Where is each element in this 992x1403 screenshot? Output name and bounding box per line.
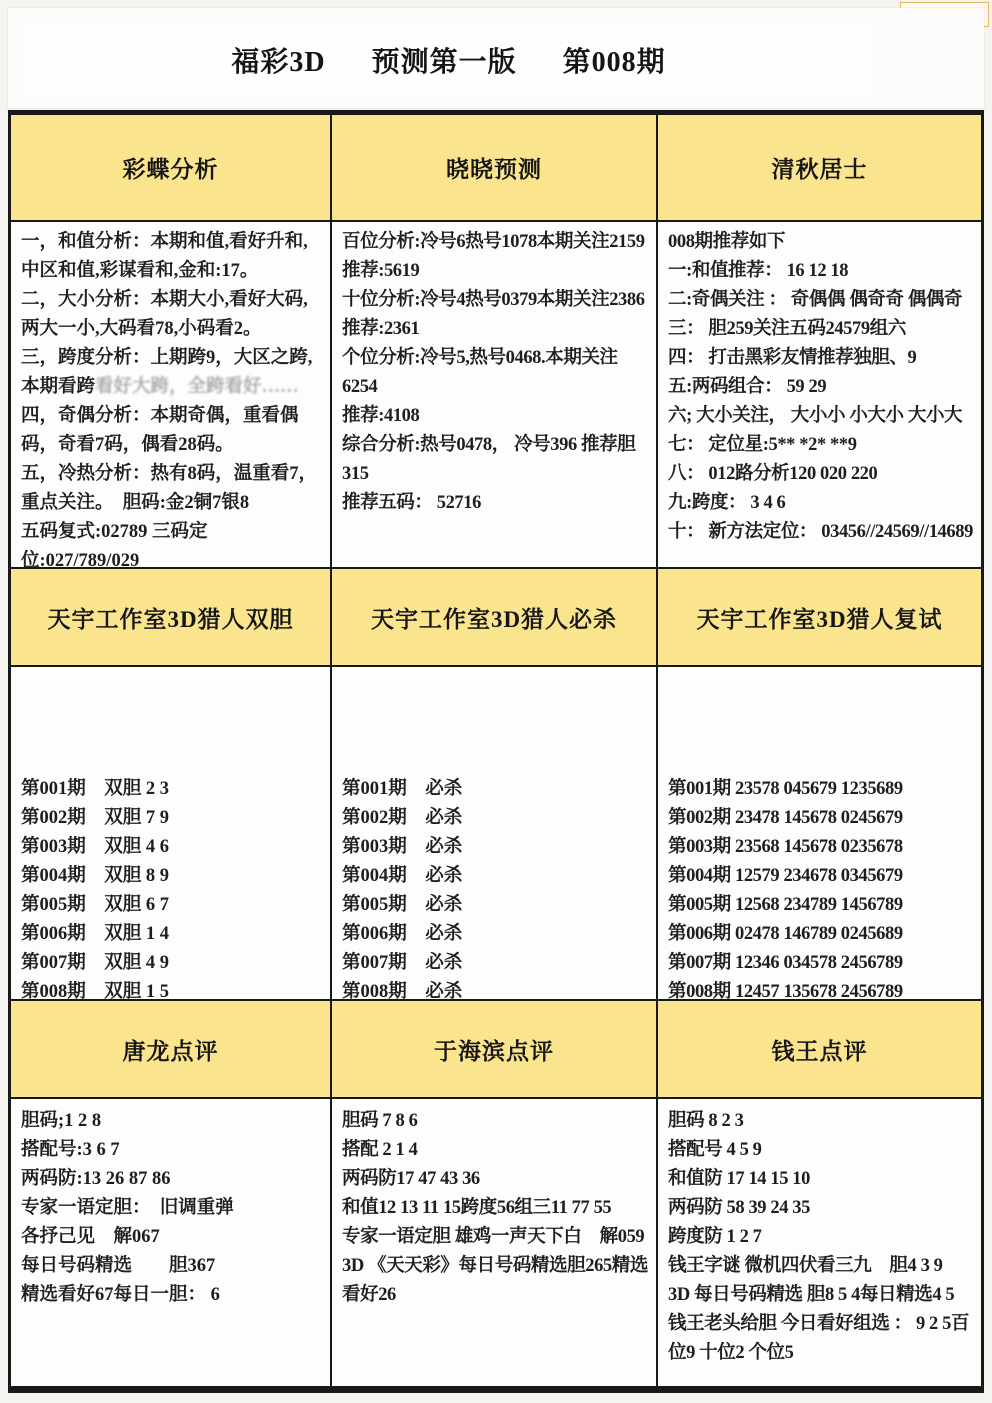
title-band: 福彩3D 预测第一版 第008期 (8, 8, 984, 108)
qianwang-line: 跨度防 1 2 7 (668, 1223, 975, 1252)
qingqiu-line: 七： 定位星:5** *2* **9 (668, 431, 975, 460)
tanglong-line: 两码防:13 26 87 86 (21, 1165, 324, 1194)
title-brand: 福彩3D (231, 40, 325, 80)
qingqiu-line: 九:跨度： 3 4 6 (668, 489, 975, 518)
xiaoxiao-line: 推荐:2361 (342, 315, 650, 344)
yuhaibin-line: 胆码 7 8 6 (342, 1107, 650, 1136)
qianwang-line: 胆码 8 2 3 (668, 1107, 975, 1136)
title-issue: 第008期 (563, 40, 666, 80)
bisha-entry: 第003期 必杀 (342, 833, 650, 862)
panel-yuhaibin: 胆码 7 8 6 搭配 2 1 4 两码防17 47 43 36 和值12 13… (330, 1099, 656, 1386)
xiaoxiao-line: 推荐:5619 (342, 257, 650, 286)
tanglong-line: 每日号码精选 胆367 (21, 1252, 324, 1281)
yuhaibin-line: 3D 《天天彩》每日号码精选胆265精选看好26 (342, 1252, 650, 1310)
content-row-2: 第001期 双胆 2 3 第002期 双胆 7 9 第003期 双胆 4 6 第… (11, 665, 981, 999)
panel-header-bisha: 天宇工作室3D猎人必杀 (330, 569, 656, 665)
panel-caidie: 一，和值分析：本期和值,看好升和,中区和值,彩谋看和,金和:17。 二，大小分析… (11, 222, 330, 567)
bisha-entry: 第007期 必杀 (342, 949, 650, 978)
fushi-entry: 第008期 12457 135678 2456789 (668, 978, 975, 999)
fushi-entry: 第002期 23478 145678 0245679 (668, 804, 975, 833)
panel-header-fushi: 天宇工作室3D猎人复试 (656, 569, 981, 665)
content-row-3: 胆码;1 2 8 搭配号:3 6 7 两码防:13 26 87 86 专家一语定… (11, 1097, 981, 1386)
bisha-entry: 第004期 必杀 (342, 862, 650, 891)
panel-fushi: 第001期 23578 045679 1235689 第002期 23478 1… (656, 667, 981, 999)
tanglong-line: 胆码;1 2 8 (21, 1107, 324, 1136)
shuangdan-entry: 第006期 双胆 1 4 (21, 920, 324, 949)
qianwang-line: 3D 每日号码精选 胆8 5 4每日精选4 5 (668, 1281, 975, 1310)
caidie-line: 二，大小分析：本期大小,看好大码,两大一小,大码看78,小码看2。 (21, 286, 324, 344)
qingqiu-line: 三： 胆259关注五码24579组六 (668, 315, 975, 344)
bisha-entry: 第002期 必杀 (342, 804, 650, 833)
panel-header-caidie: 彩蝶分析 (11, 115, 330, 220)
tanglong-line: 精选看好67每日一胆： 6 (21, 1281, 324, 1310)
panel-header-qingqiu: 清秋居士 (656, 115, 981, 220)
panel-xiaoxiao: 百位分析:冷号6热号1078本期关注2159 推荐:5619 十位分析:冷号4热… (330, 222, 656, 567)
bisha-entry: 第001期 必杀 (342, 775, 650, 804)
shuangdan-entry: 第008期 双胆 1 5 (21, 978, 324, 999)
xiaoxiao-line: 推荐:4108 (342, 402, 650, 431)
caidie-line: 五码复式:02789 三码定位:027/789/029 (21, 518, 324, 567)
caidie-line: 三，跨度分析：上期跨9，大区之跨,本期看跨看好大跨，全跨看好…… (21, 344, 324, 402)
bisha-entry: 第006期 必杀 (342, 920, 650, 949)
panel-header-tanglong: 唐龙点评 (11, 1001, 330, 1097)
xiaoxiao-line: 综合分析:热号0478， 冷号396 推荐胆315 (342, 431, 650, 489)
qianwang-line: 搭配号 4 5 9 (668, 1136, 975, 1165)
caidie-line: 一，和值分析：本期和值,看好升和,中区和值,彩谋看和,金和:17。 (21, 228, 324, 286)
page-title: 福彩3D 预测第一版 第008期 (23, 22, 874, 98)
shuangdan-entry: 第001期 双胆 2 3 (21, 775, 324, 804)
xiaoxiao-line: 百位分析:冷号6热号1078本期关注2159 (342, 228, 650, 257)
panel-tanglong: 胆码;1 2 8 搭配号:3 6 7 两码防:13 26 87 86 专家一语定… (11, 1099, 330, 1386)
bisha-entry: 第005期 必杀 (342, 891, 650, 920)
title-edition: 预测第一版 (372, 40, 517, 80)
yuhaibin-line: 两码防17 47 43 36 (342, 1165, 650, 1194)
yuhaibin-line: 搭配 2 1 4 (342, 1136, 650, 1165)
panel-bisha: 第001期 必杀 第002期 必杀 第003期 必杀 第004期 必杀 第005… (330, 667, 656, 999)
shuangdan-entry: 第003期 双胆 4 6 (21, 833, 324, 862)
tanglong-line: 各抒己见 解067 (21, 1223, 324, 1252)
caidie-line: 五，冷热分析：热有8码，温重看7，重点关注。 胆码:金2铜7银8 (21, 460, 324, 518)
qingqiu-line: 十： 新方法定位： 03456//24569//14689 (668, 518, 975, 547)
panel-header-shuangdan: 天宇工作室3D猎人双胆 (11, 569, 330, 665)
caidie-line: 四，奇偶分析：本期奇偶，重看偶码，奇看7码，偶看28码。 (21, 402, 324, 460)
qingqiu-line: 八： 012路分析120 020 220 (668, 460, 975, 489)
fushi-entry: 第007期 12346 034578 2456789 (668, 949, 975, 978)
xiaoxiao-line: 推荐五码： 52716 (342, 489, 650, 518)
qianwang-line: 和值防 17 14 15 10 (668, 1165, 975, 1194)
qianwang-line: 钱王老头给胆 今日看好组选 ： 9 2 5百位9 十位2 个位5 (668, 1310, 975, 1368)
fushi-entry: 第005期 12568 234789 1456789 (668, 891, 975, 920)
header-row-1: 彩蝶分析 晓晓预测 清秋居士 (11, 115, 981, 220)
lottery-prediction-sheet: 97654.com 福彩3D 预测第一版 第008期 彩蝶分析 晓晓预测 清秋居… (0, 0, 992, 1403)
header-row-3: 唐龙点评 于海滨点评 钱王点评 (11, 999, 981, 1097)
header-row-2: 天宇工作室3D猎人双胆 天宇工作室3D猎人必杀 天宇工作室3D猎人复试 (11, 567, 981, 665)
xiaoxiao-line: 十位分析:冷号4热号0379本期关注2386 (342, 286, 650, 315)
panel-header-xiaoxiao: 晓晓预测 (330, 115, 656, 220)
yuhaibin-line: 和值12 13 11 15跨度56组三11 77 55 (342, 1194, 650, 1223)
caidie-faded-text: 看好大跨，全跨看好…… (95, 377, 299, 397)
panel-qianwang: 胆码 8 2 3 搭配号 4 5 9 和值防 17 14 15 10 两码防 5… (656, 1099, 981, 1386)
content-row-1: 一，和值分析：本期和值,看好升和,中区和值,彩谋看和,金和:17。 二，大小分析… (11, 220, 981, 567)
fushi-entry: 第001期 23578 045679 1235689 (668, 775, 975, 804)
tanglong-line: 专家一语定胆： 旧调重弹 (21, 1194, 324, 1223)
qingqiu-line: 四： 打击黑彩友情推荐独胆、9 (668, 344, 975, 373)
panel-qingqiu: 008期推荐如下 一:和值推荐： 16 12 18 二:奇偶关注 ： 奇偶偶 偶… (656, 222, 981, 567)
fushi-entry: 第006期 02478 146789 0245689 (668, 920, 975, 949)
qingqiu-line: 二:奇偶关注 ： 奇偶偶 偶奇奇 偶偶奇 (668, 286, 975, 315)
qingqiu-line: 六; 大小关注， 大小小 小大小 大小大 (668, 402, 975, 431)
shuangdan-entry: 第002期 双胆 7 9 (21, 804, 324, 833)
shuangdan-entry: 第004期 双胆 8 9 (21, 862, 324, 891)
xiaoxiao-line: 个位分析:冷号5,热号0468.本期关注6254 (342, 344, 650, 402)
shuangdan-entry: 第007期 双胆 4 9 (21, 949, 324, 978)
panel-header-yuhaibin: 于海滨点评 (330, 1001, 656, 1097)
qingqiu-line: 一:和值推荐： 16 12 18 (668, 257, 975, 286)
qingqiu-line: 五:两码组合： 59 29 (668, 373, 975, 402)
shuangdan-entry: 第005期 双胆 6 7 (21, 891, 324, 920)
qianwang-line: 两码防 58 39 24 35 (668, 1194, 975, 1223)
qianwang-line: 钱王字谜 微机四伏看三九 胆4 3 9 (668, 1252, 975, 1281)
qingqiu-line: 008期推荐如下 (668, 228, 975, 257)
fushi-entry: 第004期 12579 234678 0345679 (668, 862, 975, 891)
bisha-entry: 第008期 必杀 (342, 978, 650, 999)
tanglong-line: 搭配号:3 6 7 (21, 1136, 324, 1165)
prediction-table: 彩蝶分析 晓晓预测 清秋居士 一，和值分析：本期和值,看好升和,中区和值,彩谋看… (8, 110, 984, 1393)
yuhaibin-line: 专家一语定胆 雄鸡一声天下白 解059 (342, 1223, 650, 1252)
fushi-entry: 第003期 23568 145678 0235678 (668, 833, 975, 862)
panel-shuangdan: 第001期 双胆 2 3 第002期 双胆 7 9 第003期 双胆 4 6 第… (11, 667, 330, 999)
panel-header-qianwang: 钱王点评 (656, 1001, 981, 1097)
